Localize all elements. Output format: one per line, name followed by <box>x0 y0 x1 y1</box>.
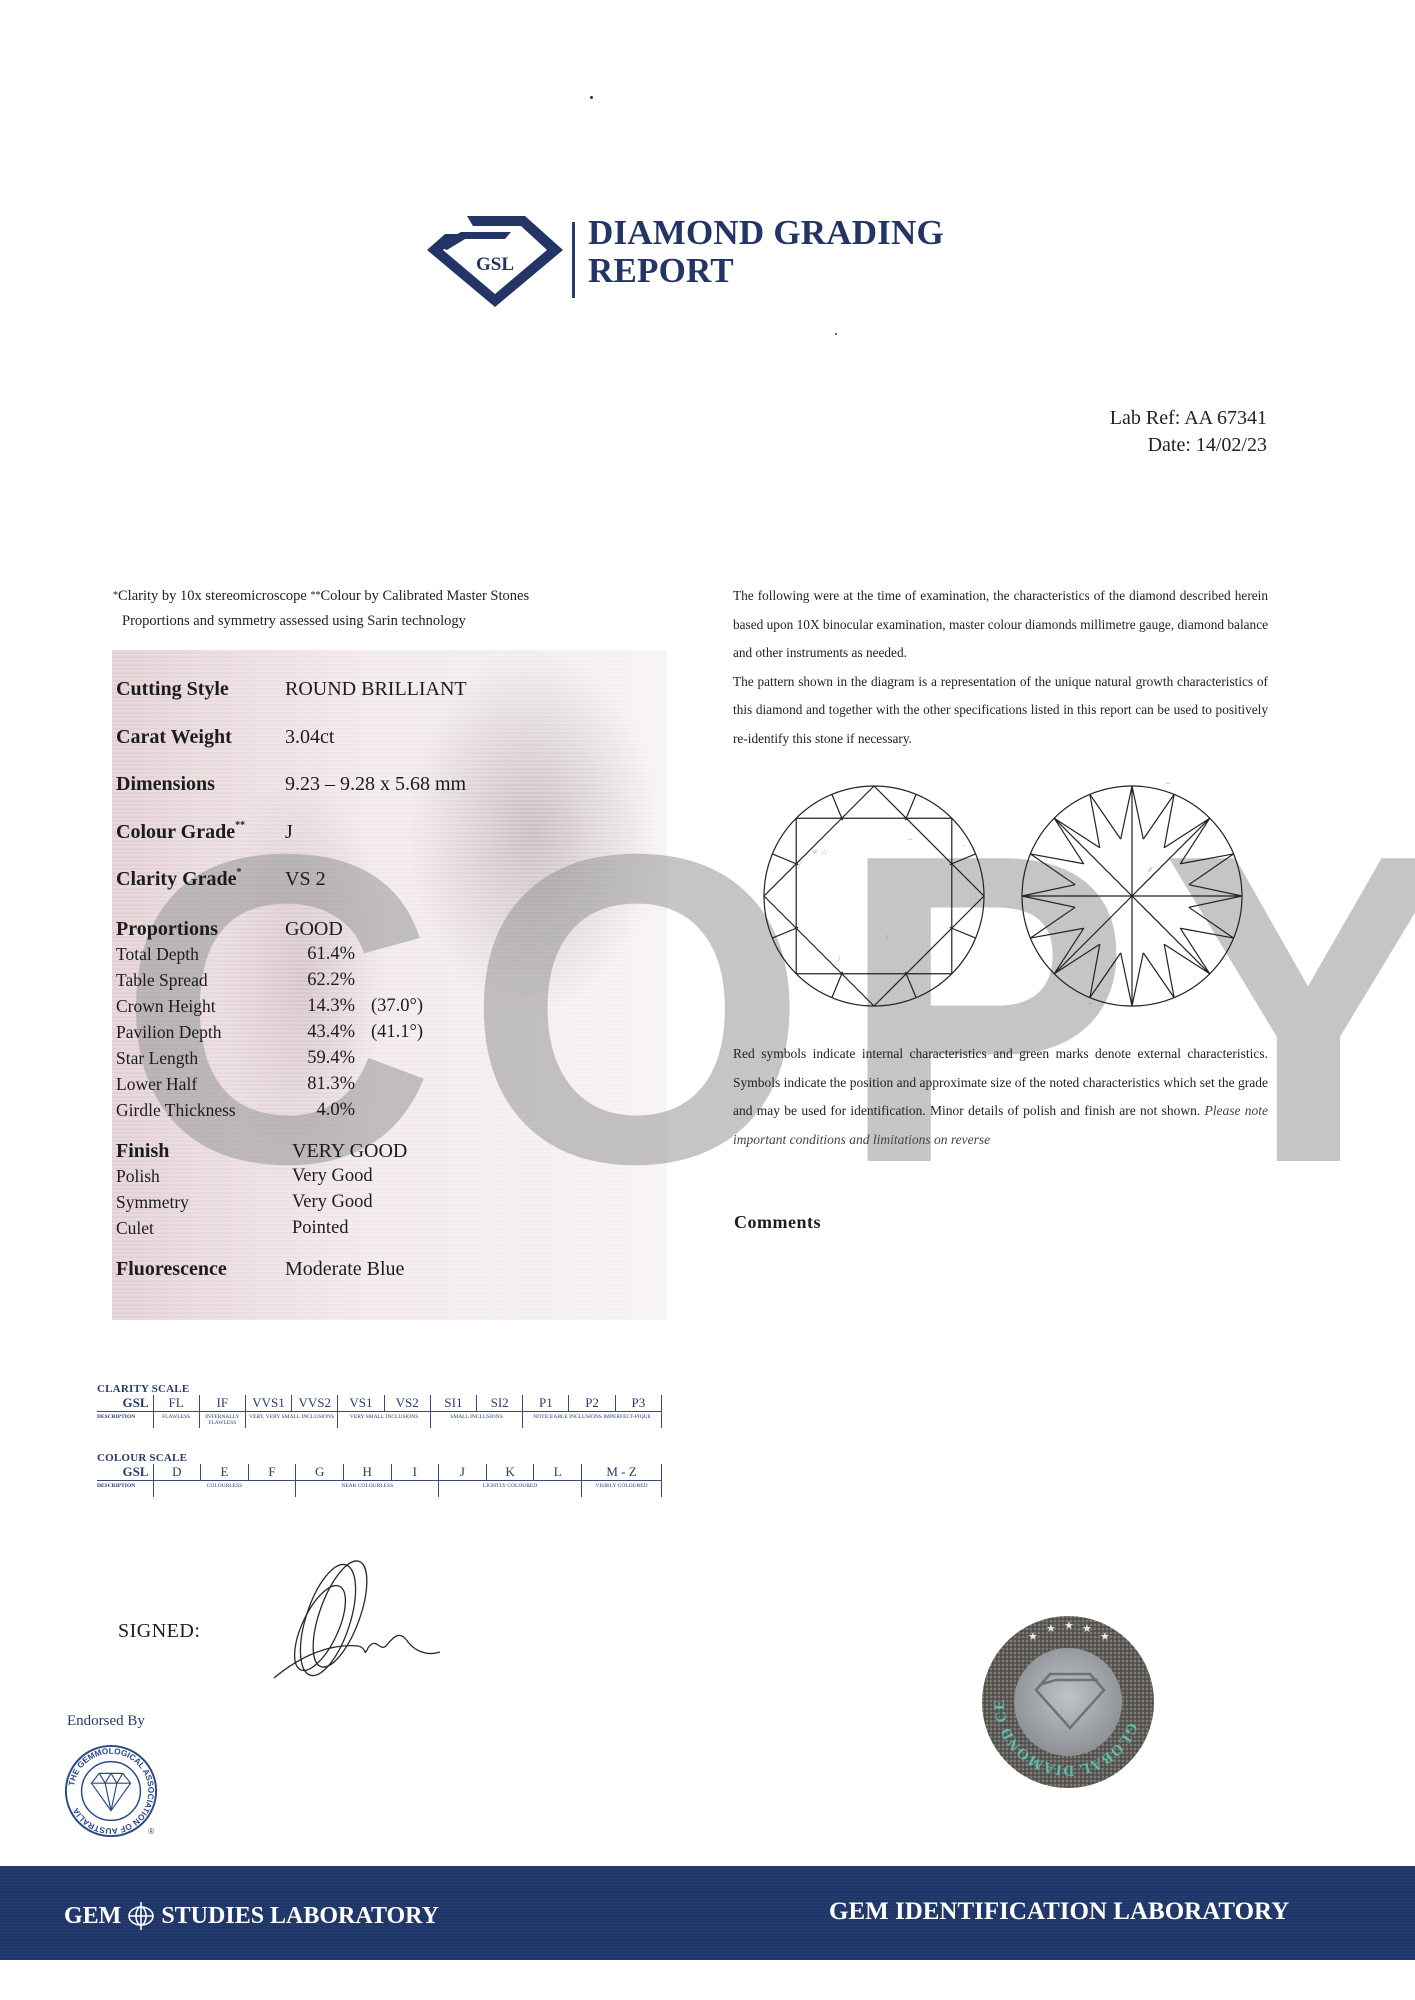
spec-value: Moderate Blue <box>285 1258 404 1281</box>
spec-label: Dimensions <box>116 773 215 796</box>
finish-row: SymmetryVery Good <box>116 1192 636 1218</box>
proportion-value: 59.4% <box>285 1048 355 1069</box>
svg-text:★: ★ <box>1028 1631 1038 1643</box>
finish-row: PolishVery Good <box>116 1166 636 1192</box>
colour-scale-table: GSL D E F G H I J K L M - Z DESCRIPTION … <box>97 1464 662 1497</box>
colour-description: LIGHTLY COLOURED <box>439 1481 582 1498</box>
proportion-label: Star Length <box>116 1048 198 1069</box>
proportion-label: Total Depth <box>116 944 199 965</box>
scale-gsl-label: GSL <box>97 1395 153 1412</box>
clarity-grade: SI2 <box>477 1395 523 1412</box>
footnote-mark: ** <box>235 820 245 831</box>
clarity-grade: VS2 <box>384 1395 430 1412</box>
clarity-description: FLAWLESS <box>153 1412 199 1429</box>
clarity-grade: IF <box>199 1395 245 1412</box>
scale-gsl-label: GSL <box>97 1464 153 1481</box>
proportion-value: 4.0% <box>285 1100 355 1121</box>
colour-grade: K <box>486 1464 534 1481</box>
footer-band: GEM STUDIES LABORATORY GEM IDENTIFICATIO… <box>0 1866 1415 1960</box>
proportion-row: Pavilion Depth43.4%(41.1°) <box>116 1022 636 1048</box>
colour-description: COLOURLESS <box>153 1481 296 1498</box>
spec-value: VS 2 <box>285 868 326 891</box>
svg-text:★: ★ <box>1046 1623 1056 1635</box>
proportion-label: Girdle Thickness <box>116 1100 236 1121</box>
colour-description: NEAR COLOURLESS <box>296 1481 439 1498</box>
clarity-description: VERY SMALL INCLUSIONS <box>338 1412 430 1429</box>
proportion-row: Table Spread62.2% <box>116 970 636 996</box>
svg-text:/: / <box>838 956 840 964</box>
colour-scale: COLOUR SCALE GSL D E F G H I J K L M - Z… <box>97 1452 662 1497</box>
colour-scale-title: COLOUR SCALE <box>97 1452 662 1464</box>
svg-text:~: ~ <box>1166 780 1170 788</box>
title-line-2: REPORT <box>588 252 944 290</box>
finish-value: Very Good <box>292 1166 373 1187</box>
proportion-angle: (41.1°) <box>371 1022 423 1043</box>
finish-value: Pointed <box>292 1218 349 1239</box>
spec-value: ROUND BRILLIANT <box>285 678 467 701</box>
spec-value: GOOD <box>285 918 343 941</box>
clarity-grade: P3 <box>615 1395 661 1412</box>
spec-carat-weight: Carat Weight 3.04ct <box>116 726 636 774</box>
proportion-value: 14.3% <box>285 996 355 1017</box>
spec-colour-grade: Colour Grade** J <box>116 821 636 869</box>
gem-studies-laboratory: GEM STUDIES LABORATORY <box>64 1902 439 1930</box>
svg-text:∴: ∴ <box>822 848 827 856</box>
spec-label: Clarity Grade* <box>116 868 242 891</box>
clarity-description: NOTICEABLE INCLUSIONS IMPERFECT-PIQUE <box>523 1412 662 1429</box>
proportion-row: Crown Height14.3%(37.0°) <box>116 996 636 1022</box>
finish-label: Polish <box>116 1166 160 1187</box>
proportion-row: Star Length59.4% <box>116 1048 636 1074</box>
spec-label-text: Colour Grade <box>116 821 235 843</box>
pattern-text: The pattern shown in the diagram is a re… <box>733 668 1268 754</box>
spec-proportions: Proportions GOOD Total Depth61.4% Table … <box>116 918 636 1126</box>
finish-label: Symmetry <box>116 1192 189 1213</box>
spec-dimensions: Dimensions 9.23 – 9.28 x 5.68 mm <box>116 773 636 821</box>
svg-text:★: ★ <box>1064 1620 1074 1632</box>
colour-grade: M - Z <box>582 1464 662 1481</box>
note-clarity: Clarity by 10x stereomicroscope <box>118 588 310 604</box>
proportion-row: Lower Half81.3% <box>116 1074 636 1100</box>
clarity-grade: P1 <box>523 1395 569 1412</box>
pavilion-plot-diagram: ⁄⁄~~ <box>1016 780 1248 1012</box>
svg-text:·: · <box>963 842 965 850</box>
spec-label: Carat Weight <box>116 726 232 749</box>
clarity-grade: P2 <box>569 1395 615 1412</box>
clarity-scale-table: GSL FL IF VVS1 VVS2 VS1 VS2 SI1 SI2 P1 P… <box>97 1395 662 1428</box>
page-title: DIAMOND GRADING REPORT <box>588 214 944 290</box>
finish-value: Very Good <box>292 1192 373 1213</box>
clarity-description: VERY, VERY SMALL INCLUSIONS <box>245 1412 337 1429</box>
spec-label: Fluorescence <box>116 1258 227 1281</box>
comments-heading: Comments <box>734 1212 821 1233</box>
clarity-description: SMALL INCLUSIONS <box>430 1412 522 1429</box>
proportion-label: Table Spread <box>116 970 208 991</box>
svg-text:≈: ≈ <box>813 848 817 856</box>
logo-text: GSL <box>476 254 514 275</box>
lab-ref: Lab Ref: AA 67341 <box>1110 405 1267 432</box>
note-proportions: Proportions and symmetry assessed using … <box>113 609 529 634</box>
endorsed-by-label: Endorsed By <box>67 1713 145 1730</box>
finish-label: Culet <box>116 1218 154 1239</box>
svg-text:/: / <box>886 934 888 942</box>
globe-icon <box>127 1902 155 1930</box>
spec-label: Proportions <box>116 918 218 941</box>
colour-grade: D <box>153 1464 201 1481</box>
colour-grade: F <box>248 1464 296 1481</box>
proportion-row: Total Depth61.4% <box>116 944 636 970</box>
proportion-row: Girdle Thickness4.0% <box>116 1100 636 1126</box>
symbol-legend-text: Red symbols indicate internal characteri… <box>733 1040 1268 1154</box>
gem-identification-laboratory: GEM IDENTIFICATION LABORATORY <box>829 1898 1289 1926</box>
title-line-1: DIAMOND GRADING <box>588 214 944 252</box>
svg-text:THE GEMMOLOGICAL ASSOCIATION O: THE GEMMOLOGICAL ASSOCIATION OF AUSTRALI… <box>66 1746 156 1837</box>
report-date: Date: 14/02/23 <box>1110 432 1267 459</box>
global-diamond-certification-seal-icon: GLOBAL DIAMOND CERTIFICATION ★★★★★ <box>978 1612 1158 1792</box>
spec-value: J <box>285 821 293 844</box>
clarity-grade: VVS1 <box>245 1395 291 1412</box>
svg-text:★: ★ <box>1100 1631 1110 1643</box>
proportion-angle: (37.0°) <box>371 996 423 1017</box>
clarity-grade: SI1 <box>430 1395 476 1412</box>
proportion-label: Lower Half <box>116 1074 197 1095</box>
examination-text: The following were at the time of examin… <box>733 582 1268 668</box>
svg-text:~: ~ <box>1088 1000 1092 1008</box>
colour-grade: H <box>343 1464 391 1481</box>
gsl-logo-icon: GSL <box>425 212 565 308</box>
svg-text:·: · <box>963 856 965 864</box>
proportion-value: 61.4% <box>285 944 355 965</box>
scale-description-label: DESCRIPTION <box>97 1412 153 1429</box>
footnote-mark: * <box>237 867 242 878</box>
spec-label-text: Clarity Grade <box>116 868 237 890</box>
proportion-label: Pavilion Depth <box>116 1022 221 1043</box>
clarity-grade: VVS2 <box>292 1395 338 1412</box>
colour-grade: I <box>391 1464 439 1481</box>
footer-left-text-b: STUDIES LABORATORY <box>161 1903 439 1930</box>
crown-plot-diagram: ≈∴⁄~··// <box>758 780 990 1012</box>
svg-text:~: ~ <box>908 836 912 844</box>
assessment-notes: *Clarity by 10x stereomicroscope **Colou… <box>113 584 529 634</box>
proportion-value: 43.4% <box>285 1022 355 1043</box>
spec-finish: Finish VERY GOOD PolishVery Good Symmetr… <box>116 1140 636 1244</box>
spec-fluorescence: Fluorescence Moderate Blue <box>116 1258 636 1306</box>
clarity-grade: VS1 <box>338 1395 384 1412</box>
title-divider <box>572 222 575 298</box>
signed-label: SIGNED: <box>118 1620 200 1643</box>
colour-description: VISIBLY COLOURED <box>582 1481 662 1498</box>
spec-label: Colour Grade** <box>116 821 245 844</box>
colour-grade: G <box>296 1464 344 1481</box>
spec-value: VERY GOOD <box>292 1140 407 1163</box>
lab-reference-block: Lab Ref: AA 67341 Date: 14/02/23 <box>1110 405 1267 459</box>
spec-label: Cutting Style <box>116 678 229 701</box>
spec-value: 9.23 – 9.28 x 5.68 mm <box>285 773 466 796</box>
colour-grade: L <box>534 1464 582 1481</box>
proportion-value: 62.2% <box>285 970 355 991</box>
proportion-value: 81.3% <box>285 1074 355 1095</box>
svg-text:★: ★ <box>1082 1623 1092 1635</box>
legend-text: Red symbols indicate internal characteri… <box>733 1046 1268 1118</box>
footer-left-text-a: GEM <box>64 1903 121 1930</box>
signature-image <box>268 1548 443 1683</box>
spec-cutting-style: Cutting Style ROUND BRILLIANT <box>116 678 636 726</box>
scale-description-label: DESCRIPTION <box>97 1481 153 1498</box>
spec-clarity-grade: Clarity Grade* VS 2 <box>116 868 636 916</box>
speck <box>835 333 837 335</box>
svg-text:®: ® <box>148 1827 154 1836</box>
colour-grade: E <box>201 1464 249 1481</box>
finish-row: CuletPointed <box>116 1218 636 1244</box>
clarity-scale: CLARITY SCALE GSL FL IF VVS1 VVS2 VS1 VS… <box>97 1383 662 1428</box>
clarity-description: INTERNALLY FLAWLESS <box>199 1412 245 1429</box>
grading-specs: Cutting Style ROUND BRILLIANT Carat Weig… <box>116 678 636 1305</box>
clarity-scale-title: CLARITY SCALE <box>97 1383 662 1395</box>
proportion-label: Crown Height <box>116 996 216 1017</box>
spec-value: 3.04ct <box>285 726 334 749</box>
gemmological-association-seal-icon: THE GEMMOLOGICAL ASSOCIATION OF AUSTRALI… <box>62 1742 160 1840</box>
svg-text:⁄⁄: ⁄⁄ <box>1147 866 1153 874</box>
examination-description: The following were at the time of examin… <box>733 582 1268 753</box>
colour-grade: J <box>439 1464 487 1481</box>
spec-label: Finish <box>116 1140 169 1163</box>
speck <box>590 96 593 99</box>
clarity-grade: FL <box>153 1395 199 1412</box>
note-colour: Colour by Calibrated Master Stones <box>320 588 529 604</box>
